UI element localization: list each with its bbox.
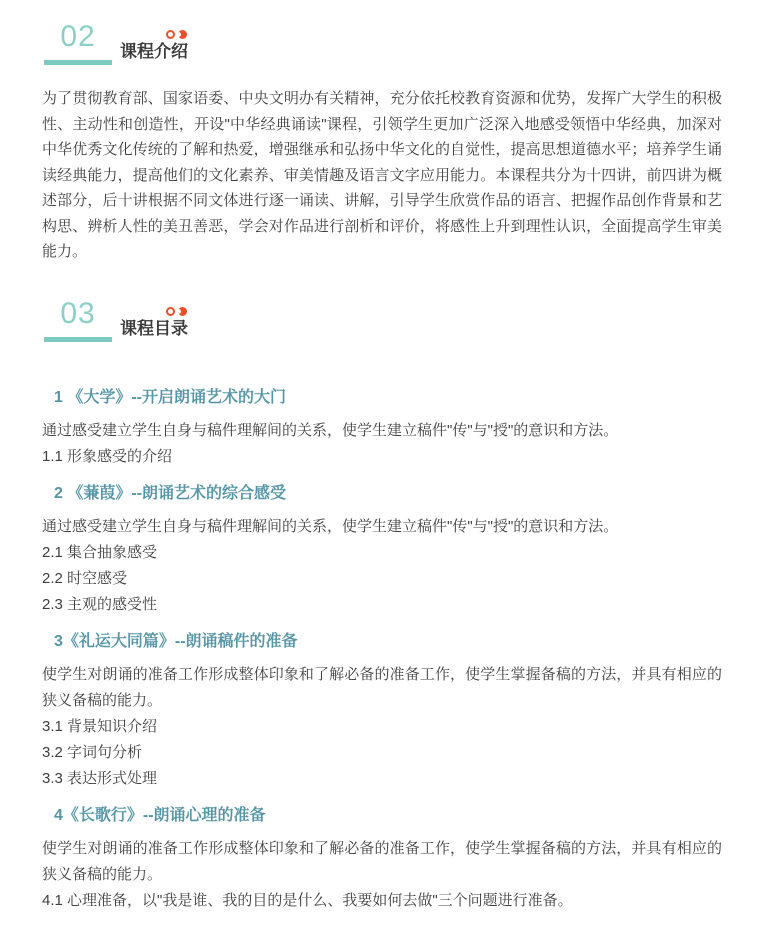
section-title-block: 课程目录 bbox=[120, 307, 188, 339]
decorative-dots bbox=[166, 30, 187, 39]
section-header-course-catalog: 03 课程目录 bbox=[42, 299, 722, 342]
section-number: 02 bbox=[60, 22, 95, 52]
catalog-subitem: 2.1 集合抽象感受 bbox=[42, 540, 722, 566]
section-title: 课程目录 bbox=[120, 320, 188, 339]
catalog-item-description: 通过感受建立学生自身与稿件理解间的关系，使学生建立稿件"传"与"授"的意识和方法… bbox=[42, 514, 722, 540]
section-number-block: 03 bbox=[44, 299, 112, 342]
half-dot-icon bbox=[178, 307, 187, 316]
section-number-underline bbox=[44, 337, 112, 342]
catalog-item-title: 3《礼运大同篇》--朗诵稿件的准备 bbox=[42, 632, 722, 652]
decorative-dots bbox=[166, 307, 187, 316]
catalog-item-title: 2 《蒹葭》--朗诵艺术的综合感受 bbox=[42, 484, 722, 504]
catalog-subitem: 2.2 时空感受 bbox=[42, 566, 722, 592]
catalog-item-description: 使学生对朗诵的准备工作形成整体印象和了解必备的准备工作，使学生掌握备稿的方法，并… bbox=[42, 836, 722, 888]
section-title: 课程介绍 bbox=[120, 43, 188, 62]
section-number-underline bbox=[44, 60, 112, 65]
section-header-course-intro: 02 课程介绍 bbox=[42, 22, 722, 65]
course-page: 02 课程介绍 为了贯彻教育部、国家语委、中央文明办有关精神，充分依托校教育资源… bbox=[0, 0, 762, 926]
catalog-subitem: 4.1 心理准备，以"我是谁、我的目的是什么、我要如何去做"三个问题进行准备。 bbox=[42, 888, 722, 914]
catalog-item-description: 通过感受建立学生自身与稿件理解间的关系，使学生建立稿件"传"与"授"的意识和方法… bbox=[42, 418, 722, 444]
course-catalog: 1 《大学》--开启朗诵艺术的大门 通过感受建立学生自身与稿件理解间的关系，使学… bbox=[42, 388, 722, 914]
catalog-subitem: 1.1 形象感受的介绍 bbox=[42, 444, 722, 470]
catalog-subitem: 3.1 背景知识介绍 bbox=[42, 714, 722, 740]
catalog-subitem: 3.2 字词句分析 bbox=[42, 740, 722, 766]
course-intro-paragraph: 为了贯彻教育部、国家语委、中央文明办有关精神，充分依托校教育资源和优势，发挥广大… bbox=[42, 86, 722, 265]
catalog-item-title: 4《长歌行》--朗诵心理的准备 bbox=[42, 806, 722, 826]
section-number-block: 02 bbox=[44, 22, 112, 65]
catalog-item-title: 1 《大学》--开启朗诵艺术的大门 bbox=[42, 388, 722, 408]
catalog-subitem: 3.3 表达形式处理 bbox=[42, 766, 722, 792]
section-number: 03 bbox=[60, 299, 95, 329]
catalog-item-description: 使学生对朗诵的准备工作形成整体印象和了解必备的准备工作，使学生掌握备稿的方法，并… bbox=[42, 662, 722, 714]
half-dot-icon bbox=[178, 30, 187, 39]
ring-dot-icon bbox=[166, 307, 175, 316]
section-title-block: 课程介绍 bbox=[120, 30, 188, 62]
catalog-subitem: 2.3 主观的感受性 bbox=[42, 592, 722, 618]
ring-dot-icon bbox=[166, 30, 175, 39]
